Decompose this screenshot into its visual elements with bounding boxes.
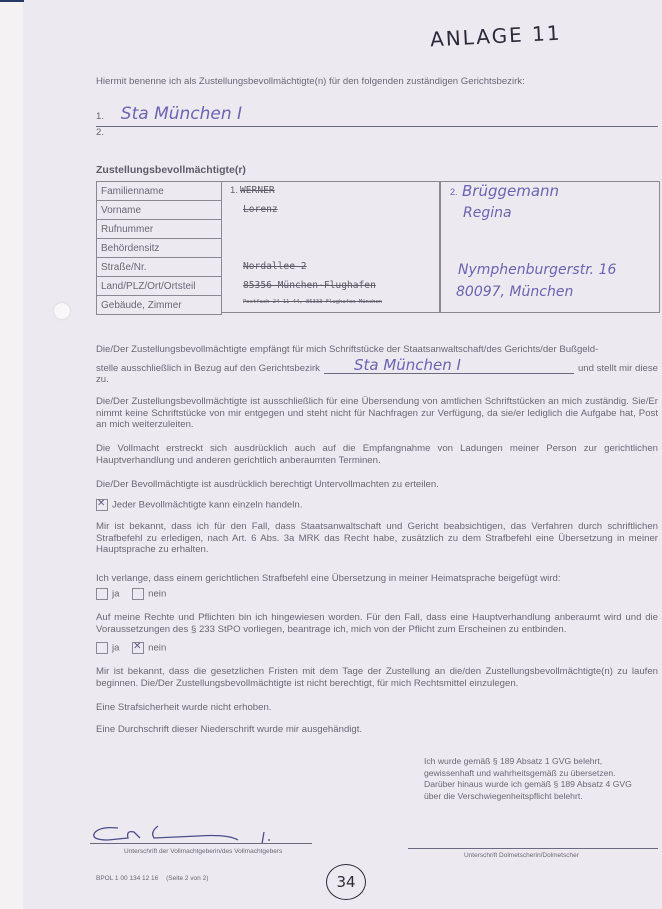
p1-text-b: stelle ausschließlich in Bezug auf den G… <box>96 363 320 375</box>
district-fill-value: Sta München I <box>354 356 461 374</box>
intro-text: Hiermit benenne ich als Zustellungsbevol… <box>96 76 525 87</box>
paragraph-4: Die/Der Bevollmächtigte ist ausdrücklich… <box>96 479 658 491</box>
punch-hole <box>54 303 70 319</box>
district-line-1[interactable]: 1. Sta München I <box>96 104 656 124</box>
exemption-ja-label: ja <box>112 643 119 654</box>
exemption-nein-label: nein <box>148 643 166 654</box>
label-gebaeude: Gebäude, Zimmer <box>97 296 222 315</box>
agent-2-familienname: Brüggemann <box>462 182 559 200</box>
agent-1-number: 1. <box>230 185 238 196</box>
signature-caption-left: Unterschrift der Vollmachtgeberin/des Vo… <box>124 848 282 855</box>
translation-nein-label: nein <box>148 589 166 600</box>
signature-caption-right: Unterschrift Dolmetscherin/Dolmetscher <box>464 852 579 859</box>
page-indicator: (Seite 2 von 2) <box>166 875 208 882</box>
agent-1-familienname: WERNER <box>240 185 275 196</box>
paragraph-7: Ich verlange, dass einem gerichtlichen S… <box>96 573 658 585</box>
agent-2-strasse: Nymphenburgerstr. 16 <box>458 262 616 278</box>
form-id: BPOL 1 00 134 12 16 (Seite 2 von 2) <box>96 875 208 882</box>
signature-line-left[interactable] <box>90 843 312 844</box>
agent-table: Familienname Vorname Rufnummer Behördens… <box>96 181 222 315</box>
agent-2-ort: 80097, München <box>456 284 573 300</box>
interpreter-note: Ich wurde gemäß § 189 Absatz 1 GVG beleh… <box>424 756 636 802</box>
p1-line-b: stelle ausschließlich in Bezug auf den G… <box>96 360 658 375</box>
exemption-nein-checkbox[interactable] <box>132 642 144 654</box>
form-id-text: BPOL 1 00 134 12 16 <box>96 875 158 882</box>
translation-ja-label: ja <box>112 589 119 600</box>
translation-options: ja nein <box>96 588 658 600</box>
signature-scribble <box>88 818 318 850</box>
paragraph-2: Die/Der Zustellungsbevollmächtigte ist a… <box>96 396 658 431</box>
paragraph-10: Eine Strafsicherheit wurde nicht erhoben… <box>96 702 658 714</box>
translation-ja-checkbox[interactable] <box>96 588 108 600</box>
annotation-anlage: ANLAGE 11 <box>429 21 562 52</box>
agent-1-strasse: Nordallee 2 <box>243 261 307 272</box>
individual-action-checkbox[interactable] <box>96 499 108 511</box>
translation-nein-checkbox[interactable] <box>132 588 144 600</box>
line-number: 2. <box>96 127 104 138</box>
label-familienname: Familienname <box>97 182 222 201</box>
paragraph-3: Die Vollmacht erstreckt sich ausdrücklic… <box>96 443 658 466</box>
section-title: Zustellungsbevollmächtigte(r) <box>96 164 246 176</box>
p1-text-c: und stellt mir diese <box>578 363 658 375</box>
label-strasse: Straße/Nr. <box>97 258 222 277</box>
agent-2-vorname: Regina <box>463 205 512 221</box>
paragraph-8: Auf meine Rechte und Pflichten bin ich h… <box>96 612 658 635</box>
paragraph-6: Mir ist bekannt, dass ich für den Fall, … <box>96 521 658 556</box>
district-1-value: Sta München I <box>121 104 242 124</box>
agent-1-gebaeude: Postfach 24 11 44, 85333 Flughafen Münch… <box>243 299 382 305</box>
individual-action-label: Jeder Bevollmächtigte kann einzeln hande… <box>112 500 302 511</box>
agent-2-number: 2. <box>450 187 458 197</box>
exemption-ja-checkbox[interactable] <box>96 642 108 654</box>
paragraph-11: Eine Durchschrift dieser Niederschrift w… <box>96 724 658 736</box>
paragraph-9: Mir ist bekannt, dass die gesetzlichen F… <box>96 666 658 689</box>
exemption-options: ja nein <box>96 642 658 654</box>
agent-1-column <box>221 181 440 313</box>
individual-action-row: Jeder Bevollmächtigte kann einzeln hande… <box>96 499 658 511</box>
label-rufnummer: Rufnummer <box>97 220 222 239</box>
p1-line-d: zu. <box>96 374 658 386</box>
agent-1-vorname: Lorenz <box>243 204 278 215</box>
p1-line-a: Die/Der Zustellungsbevollmächtigte empfä… <box>96 344 658 356</box>
page-stamp: 34 <box>326 864 366 900</box>
label-vorname: Vorname <box>97 201 222 220</box>
signature-line-right[interactable] <box>408 848 658 849</box>
paragraph-1: Die/Der Zustellungsbevollmächtigte empfä… <box>96 344 658 386</box>
scan-edge-mark <box>0 0 24 2</box>
district-fill-field[interactable]: Sta München I <box>324 360 574 375</box>
label-ort: Land/PLZ/Ort/Ortsteil <box>97 277 222 296</box>
agent-1-ort: 85356 München-Flughafen <box>243 280 376 291</box>
label-behoerdensitz: Behördensitz <box>97 239 222 258</box>
district-line-2[interactable]: 2. <box>96 127 656 138</box>
scan-edge-strip <box>0 0 23 909</box>
line-number: 1. <box>96 111 104 122</box>
